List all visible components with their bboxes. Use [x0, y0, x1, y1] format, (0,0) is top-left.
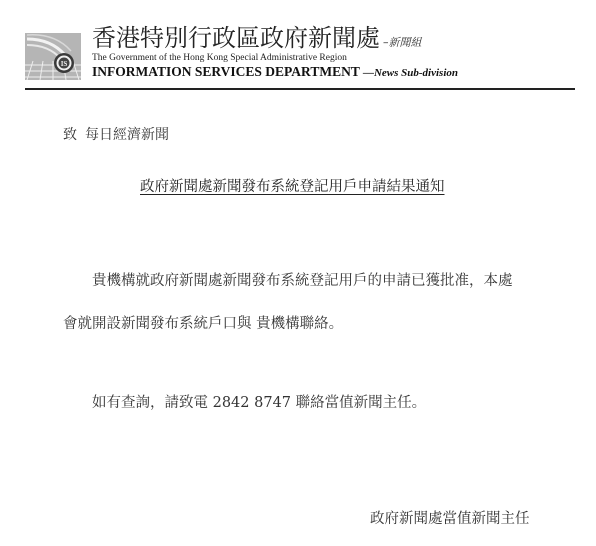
signature: 政府新聞處當值新聞主任	[370, 510, 530, 528]
subdivision-chinese-name: –新聞組	[383, 36, 422, 49]
letter-title: 政府新聞處新聞發布系統登記用戶申請結果通知	[140, 178, 445, 196]
department-chinese-name: 香港特別行政區政府新聞處	[92, 24, 380, 52]
enquiry-paragraph: 如有查詢，請致電 2842 8747 聯絡當值新聞主任。	[92, 394, 426, 412]
subdivision-english-name: —News Sub-division	[363, 67, 458, 79]
recipient-name: 每日經濟新聞	[85, 127, 169, 143]
recipient-line: 致每日經濟新聞	[63, 126, 169, 144]
svg-text:IS: IS	[61, 60, 68, 68]
body-paragraph-line-1: 貴機構就政府新聞處新聞發布系統登記用戶的申請已獲批准，本處	[92, 272, 513, 290]
government-english-name: The Government of the Hong Kong Special …	[92, 53, 347, 64]
isd-logo-icon: IS	[25, 33, 81, 80]
letterhead-english-title: INFORMATION SERVICES DEPARTMENT —News Su…	[92, 64, 458, 81]
department-english-name: INFORMATION SERVICES DEPARTMENT	[92, 64, 360, 79]
body-paragraph-line-2: 會就開設新聞發布系統戶口與 貴機構聯絡。	[63, 315, 343, 333]
letterhead-divider	[25, 88, 575, 90]
salutation-prefix: 致	[63, 127, 77, 143]
